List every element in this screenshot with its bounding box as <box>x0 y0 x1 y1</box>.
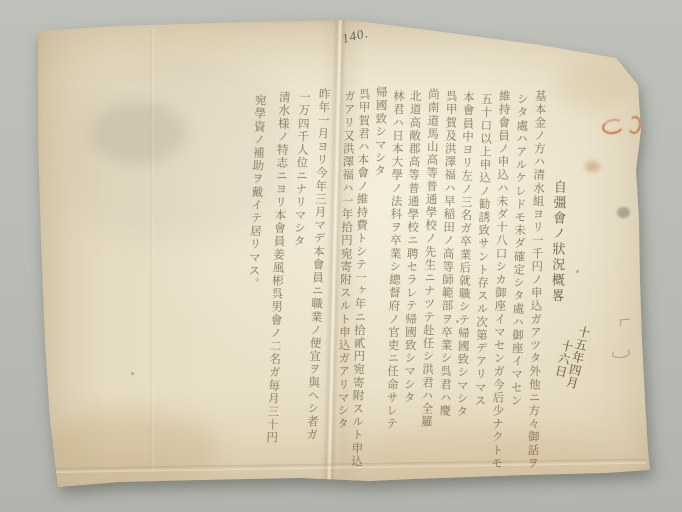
text-column: 帰國致シマシタ <box>372 86 390 178</box>
left-faint-crease <box>150 28 154 473</box>
document-photo: 140. 自彊會ノ狀況概畧 基本金ノ方ハ清水組ヨリ一千円ノ申込ガアツタ外他ニ方々… <box>0 0 682 512</box>
document-title: 自彊會ノ狀況概畧 <box>546 180 568 304</box>
stain <box>617 207 630 218</box>
stain <box>344 428 606 480</box>
stain <box>585 161 600 172</box>
paper-sheet-shadow: 140. 自彊會ノ狀況概畧 基本金ノ方ハ清水組ヨリ一千円ノ申込ガアツタ外他ニ方々… <box>36 20 652 490</box>
speck <box>576 270 579 273</box>
stain <box>91 102 186 164</box>
stain <box>556 62 628 110</box>
speck <box>131 372 134 375</box>
pencil-mark <box>620 318 631 326</box>
paper-sheet: 140. 自彊會ノ狀況概畧 基本金ノ方ハ清水組ヨリ一千円ノ申込ガアツタ外他ニ方々… <box>36 20 652 490</box>
stain <box>44 412 219 484</box>
